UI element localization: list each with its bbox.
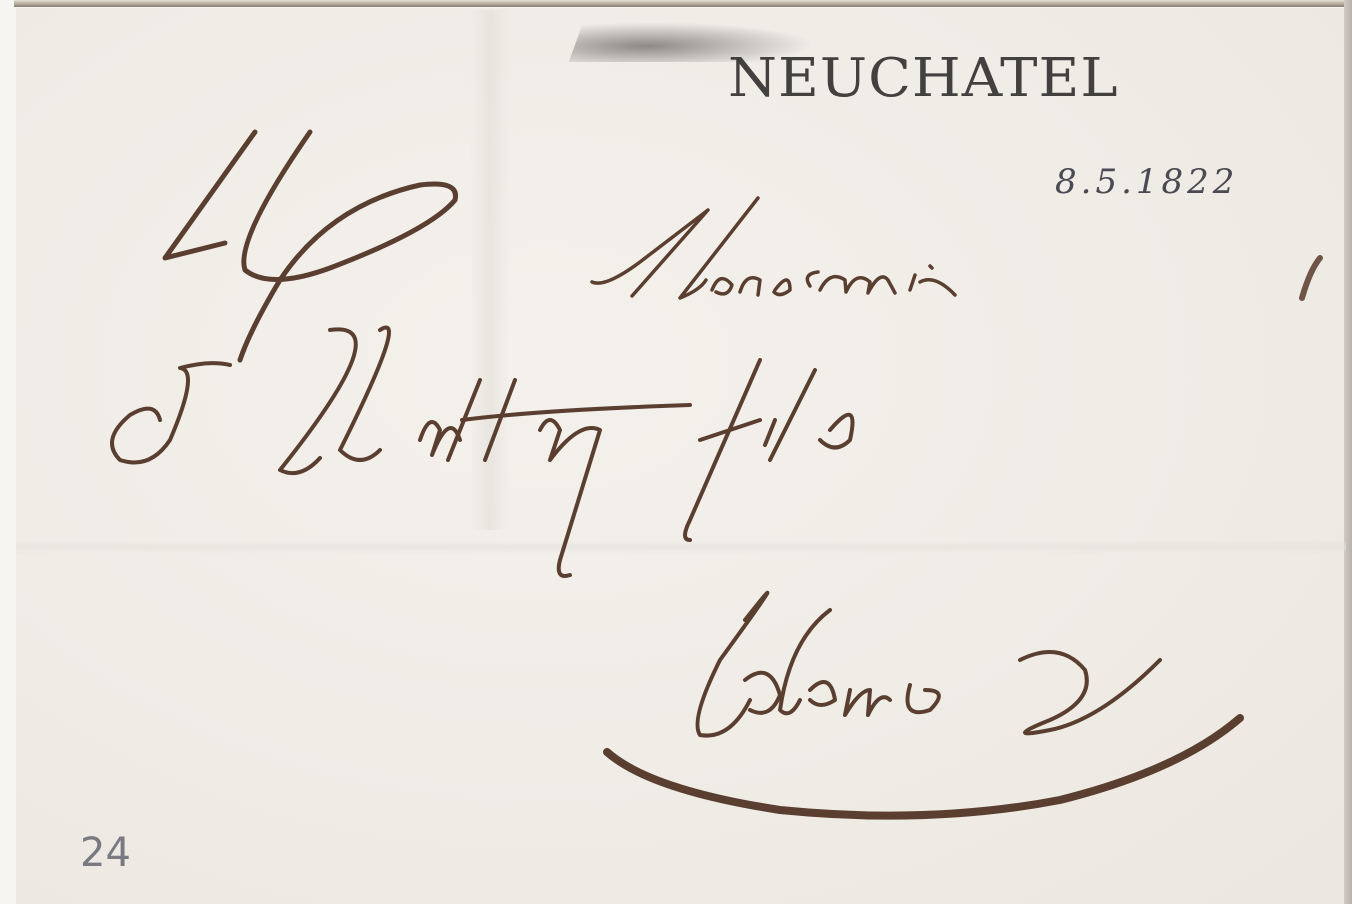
monsieur-script bbox=[592, 198, 955, 298]
edge-mark bbox=[1302, 258, 1320, 298]
rate-mark-4 bbox=[165, 132, 456, 360]
soleure-script bbox=[698, 593, 1161, 736]
handwriting-ink bbox=[0, 0, 1352, 904]
underline-swash bbox=[607, 718, 1240, 816]
recipient-script bbox=[112, 328, 853, 577]
